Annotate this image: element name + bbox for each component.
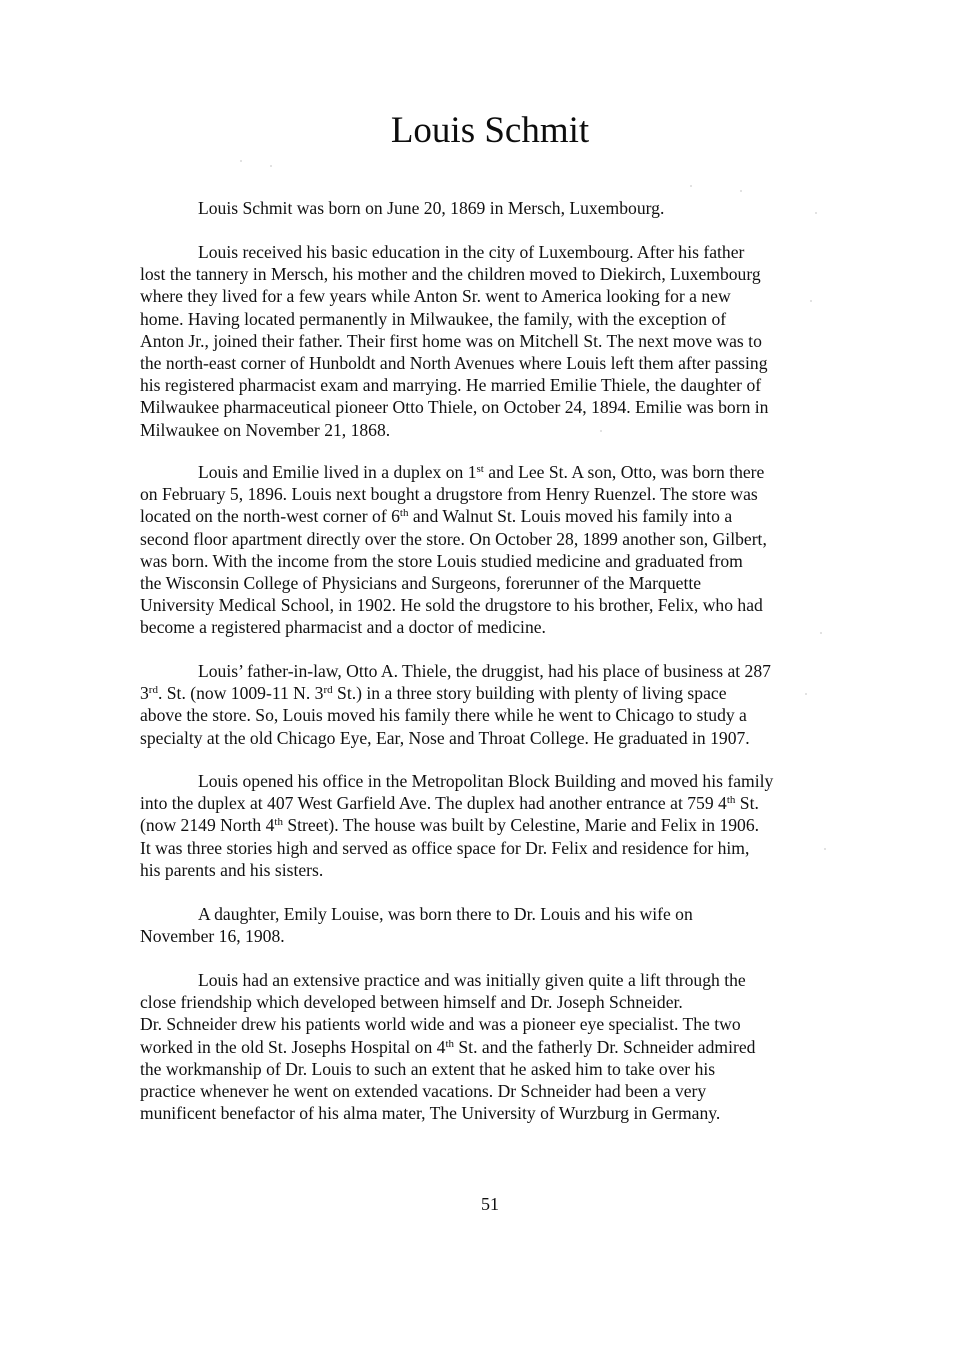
page-title: Louis Schmit bbox=[0, 106, 980, 156]
paragraph-duplex: Louis and Emilie lived in a duplex on 1s… bbox=[140, 461, 840, 639]
scan-speck bbox=[740, 190, 742, 192]
text-line: (now 2149 North 4th Street). The house w… bbox=[140, 814, 840, 836]
text-line: Louis opened his office in the Metropoli… bbox=[140, 770, 840, 792]
ordinal-suffix: th bbox=[400, 507, 409, 519]
paragraph-practice: Louis had an extensive practice and was … bbox=[140, 969, 840, 1124]
text-line: Dr. Schneider drew his patients world wi… bbox=[140, 1013, 840, 1035]
text-line: Louis Schmit was born on June 20, 1869 i… bbox=[140, 197, 840, 219]
text-line: Milwaukee on November 21, 1868. bbox=[140, 419, 840, 441]
paragraph-daughter: A daughter, Emily Louise, was born there… bbox=[140, 903, 840, 947]
text-line: the north-east corner of Hunboldt and No… bbox=[140, 352, 840, 374]
ordinal-suffix: rd bbox=[149, 684, 158, 696]
text-line: A daughter, Emily Louise, was born there… bbox=[140, 903, 840, 925]
scan-speck bbox=[820, 632, 822, 634]
scan-speck bbox=[690, 185, 692, 187]
text-line: into the duplex at 407 West Garfield Ave… bbox=[140, 792, 840, 814]
text-line: Milwaukee pharmaceutical pioneer Otto Th… bbox=[140, 396, 840, 418]
text-line: practice whenever he went on extended va… bbox=[140, 1080, 840, 1102]
text-line: worked in the old St. Josephs Hospital o… bbox=[140, 1036, 840, 1058]
scan-speck bbox=[240, 160, 242, 162]
paragraph-father-in-law: Louis’ father-in-law, Otto A. Thiele, th… bbox=[140, 660, 840, 749]
text-line: was born. With the income from the store… bbox=[140, 550, 840, 572]
scan-speck bbox=[600, 430, 602, 432]
text-line: It was three stories high and served as … bbox=[140, 837, 840, 859]
text-line: the Wisconsin College of Physicians and … bbox=[140, 572, 840, 594]
text-line: November 16, 1908. bbox=[140, 925, 840, 947]
ordinal-suffix: rd bbox=[323, 684, 332, 696]
ordinal-suffix: th bbox=[445, 1038, 454, 1050]
text-line: Anton Jr., joined their father. Their fi… bbox=[140, 330, 840, 352]
text-line: close friendship which developed between… bbox=[140, 991, 840, 1013]
scan-speck bbox=[810, 300, 812, 302]
paragraph-birth: Louis Schmit was born on June 20, 1869 i… bbox=[140, 197, 840, 219]
ordinal-suffix: th bbox=[274, 816, 283, 828]
text-line: located on the north-west corner of 6th … bbox=[140, 505, 840, 527]
text-line: munificent benefactor of his alma mater,… bbox=[140, 1102, 840, 1124]
text-line: lost the tannery in Mersch, his mother a… bbox=[140, 263, 840, 285]
text-line: where they lived for a few years while A… bbox=[140, 285, 840, 307]
ordinal-suffix: th bbox=[727, 794, 736, 806]
page-number: 51 bbox=[0, 1193, 980, 1215]
ordinal-suffix: st bbox=[477, 463, 484, 475]
paragraph-education: Louis received his basic education in th… bbox=[140, 241, 840, 441]
text-line: second floor apartment directly over the… bbox=[140, 528, 840, 550]
text-line: 3rd. St. (now 1009-11 N. 3rd St.) in a t… bbox=[140, 682, 840, 704]
text-line: above the store. So, Louis moved his fam… bbox=[140, 704, 840, 726]
scan-speck bbox=[824, 848, 826, 850]
text-line: become a registered pharmacist and a doc… bbox=[140, 616, 840, 638]
scan-speck bbox=[815, 212, 817, 214]
text-line: Louis’ father-in-law, Otto A. Thiele, th… bbox=[140, 660, 840, 682]
scan-speck bbox=[805, 693, 807, 695]
paragraph-office: Louis opened his office in the Metropoli… bbox=[140, 770, 840, 881]
document-page: Louis Schmit Louis Schmit was born on Ju… bbox=[0, 0, 980, 1348]
text-line: Louis had an extensive practice and was … bbox=[140, 969, 840, 991]
scan-speck bbox=[270, 165, 272, 167]
text-line: Louis and Emilie lived in a duplex on 1s… bbox=[140, 461, 840, 483]
text-line: Louis received his basic education in th… bbox=[140, 241, 840, 263]
text-line: on February 5, 1896. Louis next bought a… bbox=[140, 483, 840, 505]
text-line: the workmanship of Dr. Louis to such an … bbox=[140, 1058, 840, 1080]
text-line: specialty at the old Chicago Eye, Ear, N… bbox=[140, 727, 840, 749]
text-line: University Medical School, in 1902. He s… bbox=[140, 594, 840, 616]
text-line: his registered pharmacist exam and marry… bbox=[140, 374, 840, 396]
text-line: his parents and his sisters. bbox=[140, 859, 840, 881]
text-line: home. Having located permanently in Milw… bbox=[140, 308, 840, 330]
